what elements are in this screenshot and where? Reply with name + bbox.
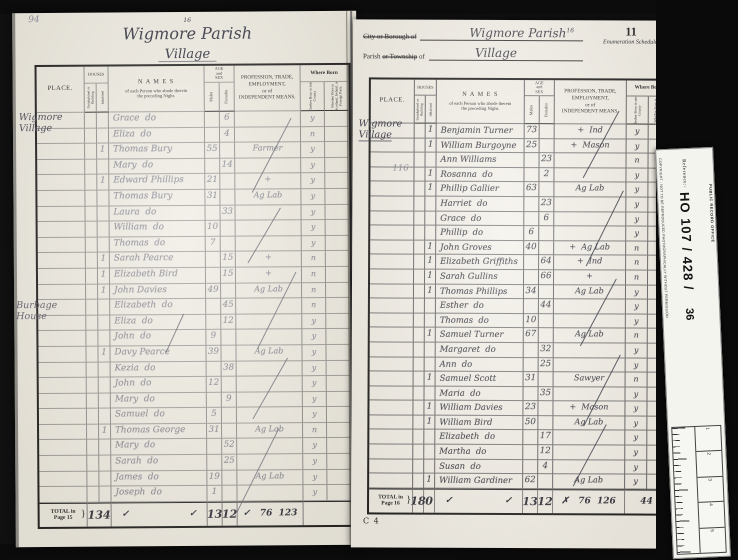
inhabited-cell xyxy=(97,159,109,175)
born-county-cell: y xyxy=(303,438,327,454)
uninhabited-cell xyxy=(415,138,426,153)
inhabited-cell xyxy=(97,191,109,207)
inhabited-cell xyxy=(98,300,110,316)
inhabited-cell xyxy=(425,226,436,241)
inhabited-cell xyxy=(97,128,109,144)
age-female-cell: 66 xyxy=(539,270,554,285)
uninhabited-cell xyxy=(85,113,97,129)
place-cell xyxy=(370,313,414,328)
age-male-cell xyxy=(205,127,220,143)
born-elsewhere-cell xyxy=(327,485,351,501)
name-cell: John Davies xyxy=(110,283,206,299)
born-county-cell: n xyxy=(302,267,326,283)
name-cell: Thomas do xyxy=(436,313,524,328)
born-county-cell: y xyxy=(626,168,648,183)
name-cell: Eliza do xyxy=(110,315,206,331)
inhabited-cell xyxy=(425,211,436,226)
census-page-left: 94 16 Wigmore Parish Village PLACE. HOUS… xyxy=(12,11,360,547)
calibration-ruler: 1 2 3 4 5 xyxy=(671,425,727,555)
inhabited-cell: 1 xyxy=(425,167,436,182)
calibration-box: 4 xyxy=(699,502,725,528)
uninhabited-cell xyxy=(85,175,97,191)
age-male-cell: 7 xyxy=(206,237,221,253)
age-male-cell: 67 xyxy=(524,328,539,343)
name-cell: Samuel Turner xyxy=(436,328,524,343)
uninhabited-cell xyxy=(85,159,97,175)
name-cell: Mary do xyxy=(109,159,205,175)
inhabited-cell: 1 xyxy=(425,328,436,343)
inhabited-cell: 1 xyxy=(425,284,436,299)
inhabited-cell xyxy=(424,386,435,401)
inhabited-cell: 1 xyxy=(97,144,109,160)
archive-film-strip: PUBLIC RECORD OFFICE Reference:- HO 107 … xyxy=(656,0,738,560)
place-cell xyxy=(370,196,414,211)
age-male-cell xyxy=(524,197,539,212)
calibration-grid: 1 2 3 4 5 xyxy=(695,426,725,553)
place-cell xyxy=(37,144,85,160)
born-county-cell: y xyxy=(303,376,327,392)
total-houses: 134 xyxy=(88,502,112,526)
profession-cell xyxy=(554,212,626,227)
born-county-cell: y xyxy=(303,470,327,486)
uninhabited-cell xyxy=(414,284,425,299)
inhabited-cell xyxy=(97,113,109,129)
place-cell xyxy=(38,284,86,300)
age-female-cell xyxy=(222,470,237,486)
place-cell xyxy=(39,393,87,409)
inhabited-cell xyxy=(99,471,111,487)
name-cell: Edward Phillips xyxy=(109,174,205,190)
name-cell: Samuel do xyxy=(111,408,207,424)
copyright-text: COPYRIGHT - NOT TO BE REPRODUCED PHOTOGR… xyxy=(658,158,669,318)
name-cell: Sarah do xyxy=(111,455,207,471)
age-female-cell xyxy=(539,314,554,329)
name-cell: Grace do xyxy=(436,211,524,226)
uninhabited-cell xyxy=(414,211,425,226)
uninhabited-cell xyxy=(413,474,424,489)
age-male-cell: 10 xyxy=(206,221,221,237)
profession-cell xyxy=(236,298,302,314)
place-annotation: BurbageHouse xyxy=(16,301,57,323)
uninhabited-cell xyxy=(85,191,97,207)
place-cell xyxy=(370,284,414,299)
uninhabited-cell xyxy=(87,393,99,409)
inhabited-cell: 1 xyxy=(98,268,110,284)
name-cell: William Gardiner xyxy=(435,474,523,489)
name-cell: Phillip do xyxy=(436,226,524,241)
born-county-cell: y xyxy=(626,314,648,329)
uninhabited-cell xyxy=(85,144,97,160)
age-female-cell: 52 xyxy=(222,439,237,455)
column-header-uninhabited: Uninhabited or Building xyxy=(415,96,426,124)
uninhabited-cell xyxy=(414,270,425,285)
age-male-cell: 31 xyxy=(207,424,222,440)
age-male-cell xyxy=(205,159,220,175)
inhabited-cell: 1 xyxy=(98,284,110,300)
calibration-box: 3 xyxy=(697,477,723,503)
born-county-cell: y xyxy=(303,361,327,377)
born-county-cell: y xyxy=(303,485,327,501)
born-elsewhere-cell xyxy=(326,314,350,330)
born-county-cell: y xyxy=(625,431,647,446)
reference-text: Reference:- HO 107 / 428 / 36 xyxy=(674,159,699,321)
inhabited-cell xyxy=(99,378,111,394)
pencil-folio-mark: 94 xyxy=(28,15,40,25)
profession-cell: Ag Lab xyxy=(554,285,626,300)
inhabited-cell: 1 xyxy=(425,270,436,285)
uninhabited-cell xyxy=(413,415,424,430)
born-county-cell: n xyxy=(627,154,649,169)
uninhabited-cell xyxy=(86,253,98,269)
age-male-cell: 31 xyxy=(205,190,220,206)
inhabited-cell xyxy=(424,445,435,460)
uninhabited-cell xyxy=(87,378,99,394)
name-cell: Mary do xyxy=(111,393,207,409)
profession-cell xyxy=(237,361,303,377)
born-elsewhere-cell xyxy=(326,220,350,236)
column-header-born-county: Whether Born in same County xyxy=(627,97,649,125)
uninhabited-cell xyxy=(87,487,99,503)
age-male-cell: 6 xyxy=(524,226,539,241)
age-male-cell: 1 xyxy=(207,486,222,502)
inhabited-cell: 1 xyxy=(99,424,111,440)
born-elsewhere-cell xyxy=(326,236,350,252)
column-header-males: Males xyxy=(525,96,540,124)
name-cell: William do xyxy=(110,221,206,237)
column-header-age-sex: AGEandSEX xyxy=(205,66,235,83)
age-female-cell xyxy=(222,486,237,502)
printer-mark: C 4 xyxy=(363,516,380,525)
age-female-cell: 38 xyxy=(222,361,237,377)
profession-cell xyxy=(235,127,301,143)
age-male-cell: 40 xyxy=(524,241,539,256)
place-cell xyxy=(37,175,85,191)
born-county-cell: y xyxy=(625,475,647,490)
born-county-cell: n xyxy=(303,423,327,439)
uninhabited-cell xyxy=(85,128,97,144)
uninhabited-cell xyxy=(86,222,98,238)
column-header-names: N A M E S of each Person who abode there… xyxy=(109,66,205,113)
born-county-cell: y xyxy=(301,189,325,205)
inhabited-cell: 1 xyxy=(424,416,435,431)
uninhabited-cell xyxy=(87,362,99,378)
page-heading: 16 Wigmore Parish Village xyxy=(102,17,272,62)
age-female-cell: 4 xyxy=(538,460,553,475)
place-cell xyxy=(370,255,414,270)
age-female-cell: 6 xyxy=(220,112,235,128)
born-elsewhere-cell xyxy=(327,470,351,486)
name-cell: Ann do xyxy=(436,357,524,372)
age-female-cell: 15 xyxy=(221,252,236,268)
uninhabited-cell xyxy=(413,459,424,474)
uninhabited-cell xyxy=(86,269,98,285)
profession-cell xyxy=(553,431,625,446)
column-header-born-elsewhere: Whether Born in Scotland, Ireland, or Fo… xyxy=(325,82,349,111)
age-male-cell: 62 xyxy=(523,474,538,489)
name-cell: Elizabeth Bird xyxy=(110,268,206,284)
name-cell: Maria do xyxy=(435,386,523,401)
inhabited-cell: 1 xyxy=(98,253,110,269)
column-header-born-county: Whether Born in same County xyxy=(301,82,325,111)
name-cell: Mary do xyxy=(111,439,207,455)
born-elsewhere-cell xyxy=(326,298,350,314)
age-female-cell: 64 xyxy=(539,255,554,270)
born-elsewhere-cell xyxy=(327,438,351,454)
archive-reference-label: PUBLIC RECORD OFFICE Reference:- HO 107 … xyxy=(655,147,731,559)
inhabited-cell xyxy=(98,315,110,331)
profession-cell xyxy=(553,387,625,402)
name-cell: Elizabeth do xyxy=(435,430,523,445)
profession-cell: Sawyer xyxy=(554,372,626,387)
uninhabited-cell xyxy=(414,328,425,343)
uninhabited-cell xyxy=(87,424,99,440)
profession-cell: + Ag Lab xyxy=(554,241,626,256)
age-male-cell xyxy=(205,112,220,128)
profession-cell: Ag Lab xyxy=(554,329,626,344)
uninhabited-cell xyxy=(413,386,424,401)
column-header-where-born: Where Born xyxy=(301,65,349,82)
place-cell xyxy=(37,159,85,175)
age-female-cell xyxy=(222,377,237,393)
name-cell: Thomas do xyxy=(110,237,206,253)
uninhabited-cell xyxy=(87,471,99,487)
profession-cell: + xyxy=(236,252,302,268)
place-cell xyxy=(370,328,414,343)
uninhabited-cell xyxy=(414,226,425,241)
page-edge-shadow xyxy=(12,13,19,547)
place-annotation: WigmoreVillage xyxy=(359,119,403,141)
age-male-cell: 50 xyxy=(523,416,538,431)
inhabited-cell xyxy=(98,237,110,253)
born-county-cell: y xyxy=(626,358,648,373)
born-county-cell: y xyxy=(301,158,325,174)
form-line-parish: Parish or Township of Village xyxy=(363,47,583,61)
column-header-males: Males xyxy=(205,83,220,112)
born-elsewhere-cell xyxy=(325,142,349,158)
profession-cell: Ag Lab xyxy=(553,416,625,431)
age-female-cell: 12 xyxy=(538,445,553,460)
born-elsewhere-cell xyxy=(326,329,350,345)
name-cell: John do xyxy=(110,330,206,346)
age-male-cell xyxy=(206,299,221,315)
age-female-cell xyxy=(539,183,554,198)
enumeration-schedule-number: 11 Enumeration Schedule. xyxy=(603,24,659,45)
name-cell: John Groves xyxy=(436,240,524,255)
born-county-cell: n xyxy=(626,241,648,256)
uninhabited-cell xyxy=(86,347,98,363)
born-county-cell: y xyxy=(626,285,648,300)
place-cell xyxy=(370,226,414,241)
born-elsewhere-cell xyxy=(325,173,349,189)
heading-village: Village xyxy=(159,48,217,62)
age-male-cell: 34 xyxy=(524,285,539,300)
age-male-cell: 31 xyxy=(524,372,539,387)
inhabited-cell xyxy=(99,487,111,503)
inhabited-cell: 1 xyxy=(425,182,436,197)
age-male-cell xyxy=(207,361,222,377)
inhabited-cell xyxy=(426,153,437,168)
profession-cell: Farmer xyxy=(235,142,301,158)
age-male-cell: 25 xyxy=(525,139,540,154)
born-elsewhere-cell xyxy=(326,251,350,267)
inhabited-cell xyxy=(97,206,109,222)
profession-cell xyxy=(553,460,625,475)
column-header-houses: HOUSES xyxy=(415,80,437,96)
place-cell xyxy=(39,487,87,503)
age-male-cell xyxy=(207,455,222,471)
born-elsewhere-cell xyxy=(326,267,350,283)
name-cell: Sarah Pearce xyxy=(110,252,206,268)
name-cell: Kezia do xyxy=(111,361,207,377)
inhabited-cell: 1 xyxy=(424,474,435,489)
name-cell: Martha do xyxy=(435,445,523,460)
born-county-cell: n xyxy=(626,329,648,344)
age-male-cell: 21 xyxy=(205,174,220,190)
age-female-cell: 12 xyxy=(221,314,236,330)
born-county-cell: y xyxy=(625,387,647,402)
place-cell xyxy=(370,269,414,284)
total-running-count: ✗ 76 126 xyxy=(553,489,625,513)
profession-cell: + xyxy=(235,174,301,190)
born-county-cell: y xyxy=(302,220,326,236)
uninhabited-cell xyxy=(86,315,98,331)
place-cell xyxy=(37,191,85,207)
age-female-cell xyxy=(538,416,553,431)
profession-cell xyxy=(554,226,626,241)
born-elsewhere-cell xyxy=(327,376,351,392)
born-county-cell: n xyxy=(626,256,648,271)
uninhabited-cell xyxy=(413,401,424,416)
inhabited-cell xyxy=(425,357,436,372)
born-county-cell: n xyxy=(302,283,326,299)
total-row-label: TOTAL inPage 15 } xyxy=(40,503,88,527)
age-female-cell xyxy=(539,328,554,343)
place-cell xyxy=(369,474,413,489)
age-male-cell: 39 xyxy=(206,346,221,362)
born-elsewhere-cell xyxy=(327,454,351,470)
born-county-cell: y xyxy=(301,205,325,221)
age-male-cell: 23 xyxy=(523,401,538,416)
place-cell xyxy=(370,342,414,357)
name-cell: Benjamin Turner xyxy=(437,124,525,139)
age-female-cell xyxy=(538,474,553,489)
column-header-age-sex: AGEandSEX xyxy=(525,80,555,96)
profession-cell xyxy=(236,330,302,346)
total-born xyxy=(304,501,352,525)
born-county-cell: y xyxy=(626,183,648,198)
form-blank-line: Village xyxy=(429,48,583,62)
age-male-cell: 49 xyxy=(206,283,221,299)
uninhabited-cell xyxy=(87,440,99,456)
place-cell xyxy=(370,240,414,255)
born-county-cell: n xyxy=(301,127,325,143)
name-cell: Susan do xyxy=(435,459,523,474)
born-elsewhere-cell xyxy=(325,189,349,205)
profession-cell xyxy=(237,407,303,423)
uninhabited-cell xyxy=(87,456,99,472)
place-cell xyxy=(39,471,87,487)
name-cell: Laura do xyxy=(109,205,205,221)
born-elsewhere-cell xyxy=(325,204,349,220)
profession-cell: Ag Lab xyxy=(553,474,625,489)
profession-cell xyxy=(554,168,626,183)
age-male-cell xyxy=(523,431,538,446)
place-annotation: WigmoreVillage xyxy=(19,113,63,135)
born-county-cell: y xyxy=(625,460,647,475)
name-cell: Sarah Gullins xyxy=(436,270,524,285)
inhabited-cell xyxy=(99,456,111,472)
age-male-cell xyxy=(524,212,539,227)
age-male-cell xyxy=(524,168,539,183)
born-elsewhere-cell xyxy=(327,407,351,423)
profession-cell: + Mason xyxy=(555,139,627,154)
column-header-inhabited: Inhabited xyxy=(426,96,437,124)
name-cell: Phillip Gallier xyxy=(436,182,524,197)
column-header-place: PLACE. xyxy=(371,79,415,123)
uninhabited-cell xyxy=(86,237,98,253)
place-cell xyxy=(38,331,86,347)
born-county-cell: y xyxy=(303,407,327,423)
place-cell xyxy=(39,378,87,394)
form-line-borough: City or Borough of Wigmore Parish16 xyxy=(363,27,583,41)
age-male-cell xyxy=(525,153,540,168)
place-cell xyxy=(38,222,86,238)
inhabited-cell: 1 xyxy=(425,255,436,270)
place-cell xyxy=(38,347,86,363)
inhabited-cell xyxy=(99,362,111,378)
name-cell: Thomas Bury xyxy=(109,190,205,206)
age-female-cell xyxy=(539,226,554,241)
place-cell xyxy=(370,357,414,372)
inhabited-cell: 1 xyxy=(426,124,437,139)
profession-cell xyxy=(237,454,303,470)
profession-cell xyxy=(554,343,626,358)
census-scan: { "colors": { "backdrop": "#0c0c0c", "pa… xyxy=(0,0,738,560)
age-male-cell xyxy=(205,205,220,221)
born-elsewhere-cell xyxy=(325,111,349,127)
born-county-cell: n xyxy=(302,298,326,314)
age-female-cell: 17 xyxy=(538,431,553,446)
name-cell: Joseph do xyxy=(111,486,207,502)
uninhabited-cell xyxy=(414,342,425,357)
place-cell xyxy=(39,456,87,472)
inhabited-cell xyxy=(99,409,111,425)
born-county-cell: y xyxy=(301,173,325,189)
age-female-cell xyxy=(539,372,554,387)
uninhabited-cell xyxy=(413,430,424,445)
uninhabited-cell xyxy=(414,197,425,212)
name-cell: Grace do xyxy=(109,112,205,128)
born-county-cell: y xyxy=(302,314,326,330)
uninhabited-cell xyxy=(87,409,99,425)
age-male-cell xyxy=(523,460,538,475)
born-county-cell: y xyxy=(625,416,647,431)
inhabited-cell xyxy=(424,430,435,445)
inhabited-cell: 1 xyxy=(426,138,437,153)
age-female-cell: 25 xyxy=(222,455,237,471)
age-female-cell xyxy=(221,236,236,252)
profession-cell xyxy=(236,236,302,252)
column-header-houses: HOUSES xyxy=(85,67,109,84)
age-female-cell: 44 xyxy=(539,299,554,314)
age-female-cell xyxy=(220,174,235,190)
age-female-cell: 35 xyxy=(538,387,553,402)
age-female-cell xyxy=(539,285,554,300)
inhabited-cell: 1 xyxy=(97,175,109,191)
inhabited-cell xyxy=(425,197,436,212)
age-female-cell xyxy=(221,283,236,299)
age-female-cell: 6 xyxy=(539,212,554,227)
